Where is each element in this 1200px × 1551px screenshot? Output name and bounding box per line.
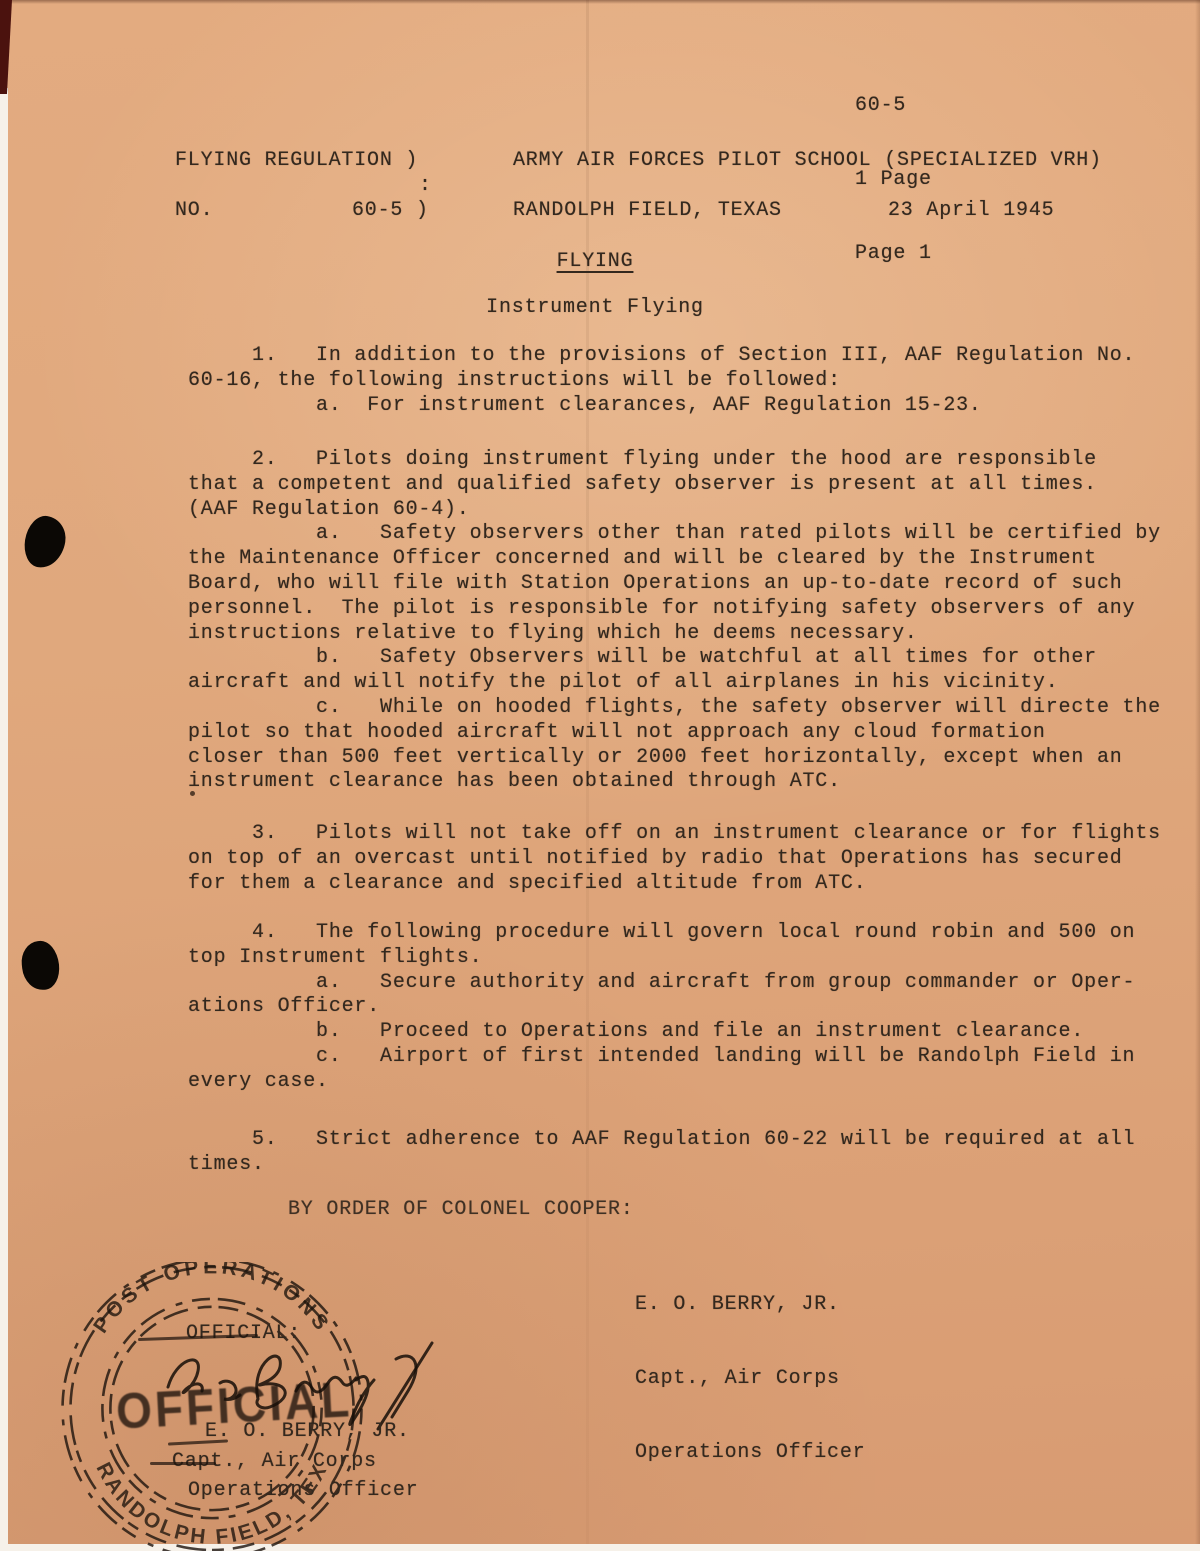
official-typed-name: E. O. BERRY, JR. (205, 1420, 410, 1445)
signature-block: E. O. BERRY, JR. Capt., Air Corps Operat… (635, 1243, 865, 1491)
signature-rank: Capt., Air Corps (635, 1367, 865, 1392)
scan-top-edge (0, 0, 1200, 4)
paragraph-3: 3. Pilots will not take off on an instru… (188, 822, 1178, 896)
scanned-document-page: { "doc": { "ref": { "number": "60-5", "p… (0, 0, 1200, 1551)
header-school: ARMY AIR FORCES PILOT SCHOOL (SPECIALIZE… (513, 149, 1102, 174)
page-subtitle: Instrument Flying (0, 296, 1190, 321)
paragraph-5: 5. Strict adherence to AAF Regulation 60… (188, 1128, 1178, 1178)
scan-right-edge (1195, 0, 1200, 1551)
paragraph-4: 4. The following procedure will govern l… (188, 921, 1178, 1095)
header-location: RANDOLPH FIELD, TEXAS (513, 199, 782, 224)
paragraph-2: 2. Pilots doing instrument flying under … (188, 448, 1178, 795)
ink-speck (190, 791, 195, 796)
header-regulation-label: FLYING REGULATION ) (175, 149, 418, 174)
title-row: FLYING (0, 250, 1190, 275)
stamp-stray-line-2 (150, 1462, 216, 1465)
signature-role: Operations Officer (635, 1441, 865, 1466)
doc-ref-number: 60-5 (855, 94, 932, 119)
page-title: FLYING (557, 250, 634, 273)
header-separator: : (419, 174, 432, 199)
header-date: 23 April 1945 (888, 199, 1054, 224)
header-number-value: 60-5 ) (352, 199, 429, 224)
official-typed-role: Operations Officer (188, 1479, 418, 1504)
header-number-label: NO. (175, 199, 213, 224)
signature-name: E. O. BERRY, JR. (635, 1293, 865, 1318)
paragraph-1: 1. In addition to the provisions of Sect… (188, 344, 1178, 418)
order-line: BY ORDER OF COLONEL COOPER: (288, 1198, 634, 1223)
